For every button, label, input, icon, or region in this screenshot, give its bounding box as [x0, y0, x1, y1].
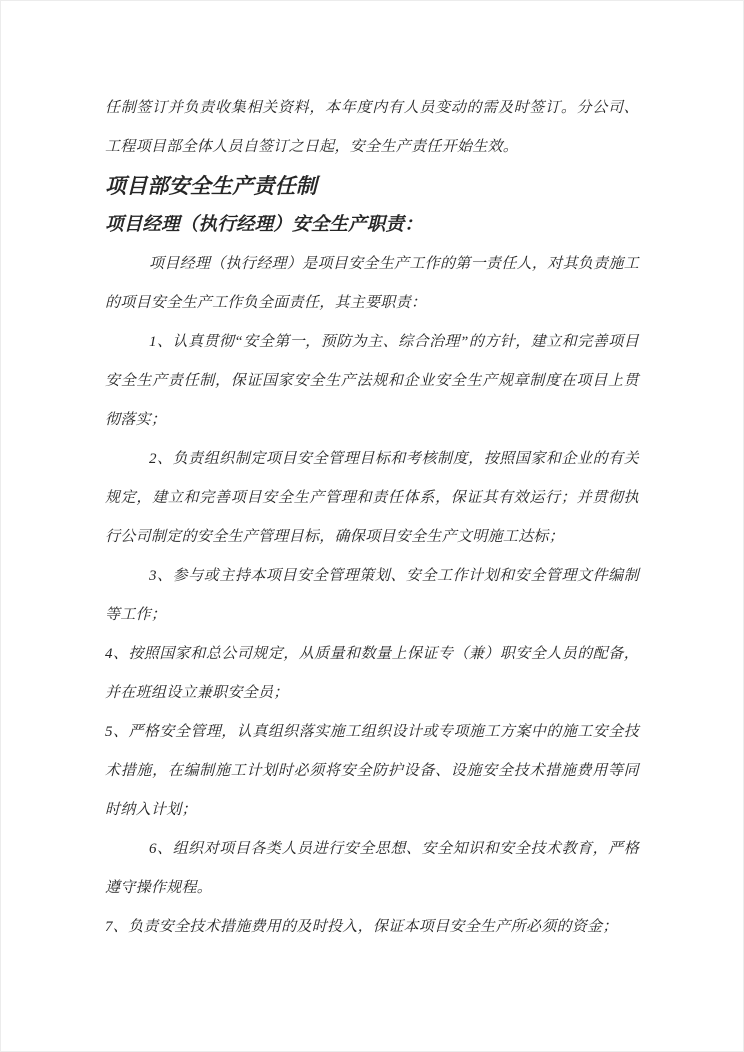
list-item-6: 6、组织对项目各类人员进行安全思想、安全知识和安全技术教育，严格遵守操作规程。 — [105, 830, 639, 908]
section-title: 项目部安全生产责任制 — [105, 167, 639, 206]
document-page: 任制签订并负责收集相关资料，本年度内有人员变动的需及时签订。分公司、工程项目部全… — [0, 0, 744, 1052]
list-item-4: 4、按照国家和总公司规定，从质量和数量上保证专（兼）职安全人员的配备，并在班组设… — [105, 635, 639, 713]
list-item-5: 5、严格安全管理，认真组织落实施工组织设计或专项施工方案中的施工安全技术措施，在… — [105, 713, 639, 830]
list-item-1: 1、认真贯彻“安全第一，预防为主、综合治理”的方针，建立和完善项目安全生产责任制… — [105, 323, 639, 440]
document-body: 任制签订并负责收集相关资料，本年度内有人员变动的需及时签订。分公司、工程项目部全… — [105, 89, 639, 947]
list-item-3: 3、参与或主持本项目安全管理策划、安全工作计划和安全管理文件编制等工作； — [105, 557, 639, 635]
paragraph-continuation: 任制签订并负责收集相关资料，本年度内有人员变动的需及时签订。分公司、工程项目部全… — [105, 89, 639, 167]
lead-paragraph: 项目经理（执行经理）是项目安全生产工作的第一责任人，对其负责施工的项目安全生产工… — [105, 245, 639, 323]
subsection-title: 项目经理（执行经理）安全生产职责： — [105, 206, 639, 245]
list-item-2: 2、负责组织制定项目安全管理目标和考核制度，按照国家和企业的有关规定，建立和完善… — [105, 440, 639, 557]
list-item-7: 7、负责安全技术措施费用的及时投入，保证本项目安全生产所必须的资金； — [105, 908, 639, 947]
